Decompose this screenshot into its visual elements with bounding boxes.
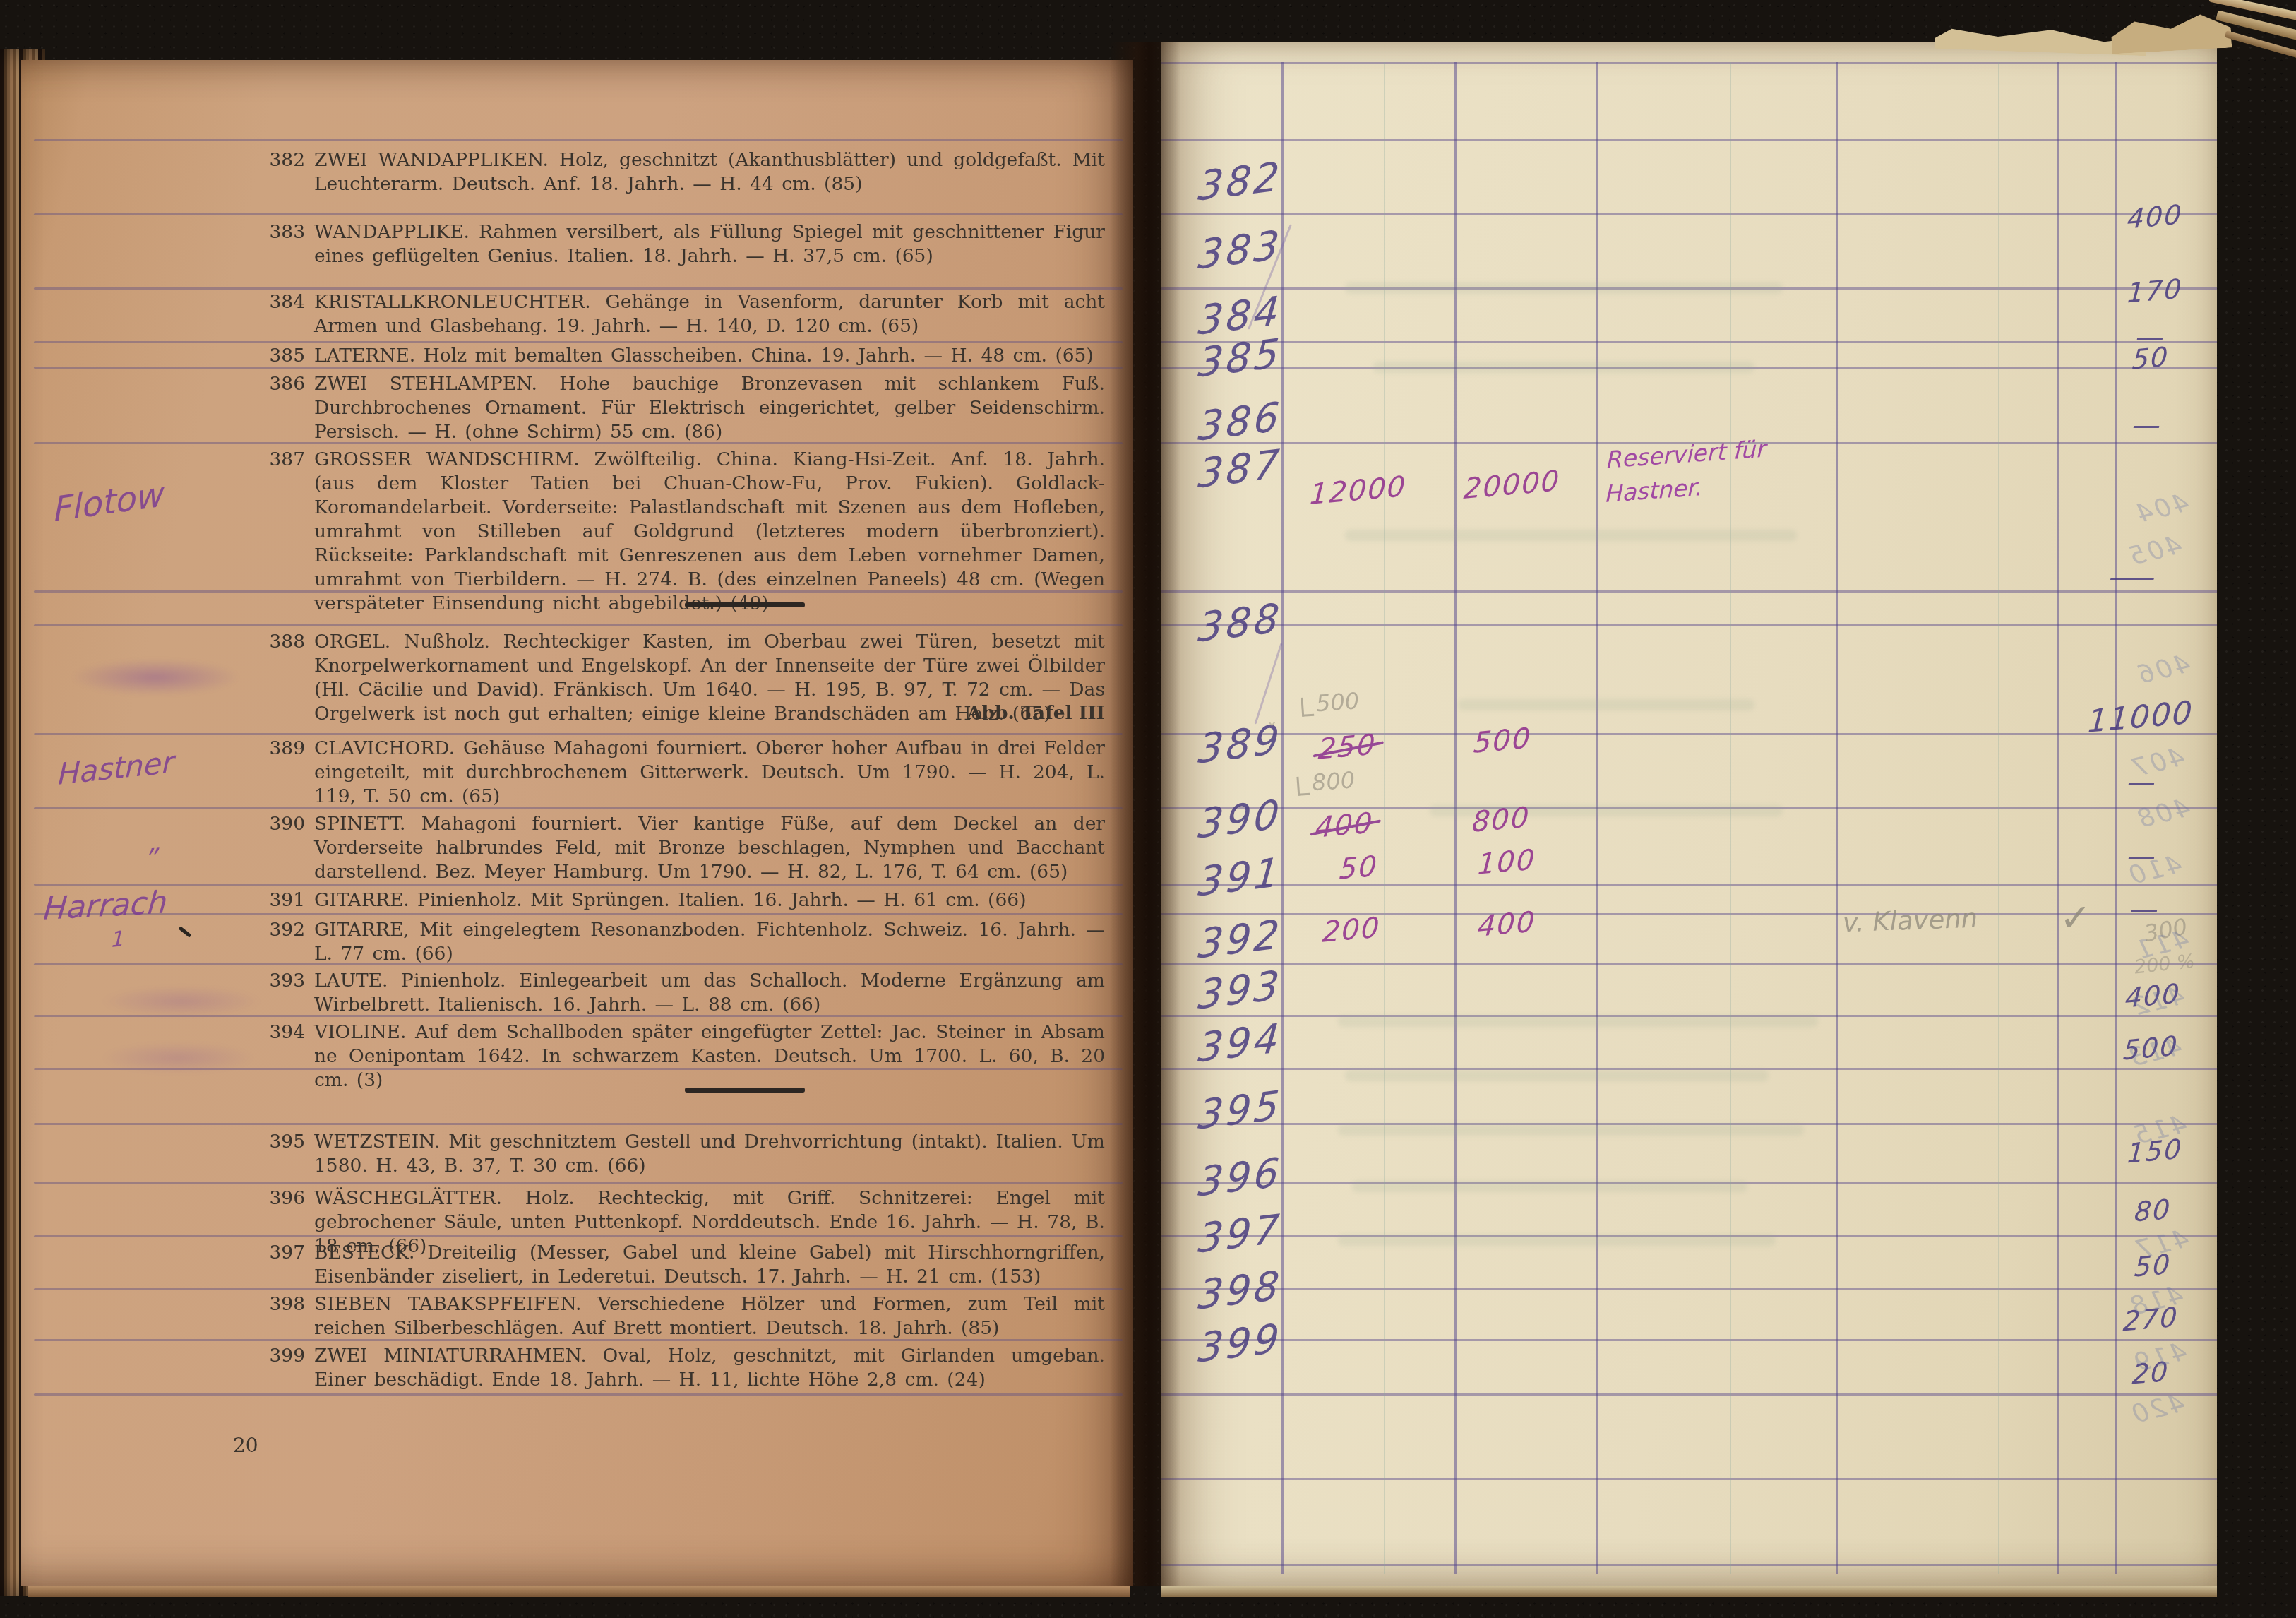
margin-annotation: 1 [111,927,125,953]
lot-number: 385 [254,344,305,368]
lot-entry: 390SPINETT. Mahagoni fourniert. Vier kan… [254,812,1105,884]
ledger-ruled-line [1161,62,2217,64]
lot-entry: 382ZWEI WANDAPPLIKEN. Holz, geschnitzt (… [254,148,1105,196]
ledger-bid-text: 12000 [1309,470,1408,511]
pencil-bid-note: 500 [1301,687,1361,718]
ledger-bid-text: 200 [1322,911,1382,949]
lot-description: ZWEI MINIATURRAHMEN. Oval, Holz, geschni… [314,1344,1105,1392]
pencil-corner-mark [1301,697,1314,717]
ledger-ruled-line [1161,884,2217,886]
lot-entry: 398SIEBEN TABAKSPFEIFEN. Verschiedene Hö… [254,1292,1105,1340]
ledger-bid-value: 100 [1477,843,1537,881]
lot-description: BESTECK. Dreiteilig (Messer, Gabel und k… [314,1241,1105,1289]
lot-entry: 392GITARRE, Mit eingelegtem Resonanzbode… [254,918,1105,966]
ledger-bid-value: 800 [1471,801,1531,839]
ledger-lot-number: 399 [1197,1315,1284,1372]
pencil-buyer-note: v. Klavenn [1842,903,1978,939]
print-bleed-through [1345,282,1783,294]
page-bottom-edge-left [28,1586,1130,1597]
ledger-lot-number: 390 [1197,791,1284,848]
lot-number: 389 [254,737,305,761]
pencil-checkmark: ✓ [2059,896,2091,940]
ledger-column-line [2115,62,2117,1574]
lot-description: LAUTE. Pinienholz. Einlegearbeit um das … [314,969,1105,1017]
ledger-results-page: 382400383170384—38550386—3871200020000Re… [1161,42,2217,1586]
margin-annotation: Flotow [54,475,165,530]
lot-entry: 391GITARRE. Pinienholz. Mit Sprüngen. It… [254,888,1105,912]
lot-entry: 387GROSSER WANDSCHIRM. Zwölfteilig. Chin… [254,448,1105,616]
ledger-lot-number: 382 [1197,153,1284,210]
lot-number: 399 [254,1344,305,1368]
bleed-through-smudge [100,985,263,1018]
lot-description: KRISTALLKRONLEUCHTER. Gehänge in Vasenfo… [314,290,1105,338]
lot-number: 397 [254,1241,305,1265]
ruled-line [34,341,1123,343]
ledger-bid-value: 250 [1317,728,1377,766]
ledger-ruled-line [1161,1339,2217,1341]
lot-description: ZWEI WANDAPPLIKEN. Holz, geschnitzt (Aka… [314,148,1105,196]
print-bleed-through [1373,362,1754,373]
pencil-bid-text: 800 [1311,766,1356,796]
book-gutter-shadow [1110,42,1180,1586]
lot-number: 384 [254,290,305,314]
catalog-text-page: 382ZWEI WANDAPPLIKEN. Holz, geschnitzt (… [21,60,1133,1586]
ruled-line [34,139,1123,141]
ledger-bid-value: 12000 [1309,470,1408,511]
ledger-bid-text: 50 [1338,850,1379,886]
lot-number: 391 [254,888,305,912]
ledger-faint-column-line [1998,62,1999,1574]
ledger-ruled-line [1161,1393,2217,1396]
margin-annotation: Harrach [42,884,169,927]
lot-description: SIEBEN TABAKSPFEIFEN. Verschiedene Hölze… [314,1292,1105,1340]
ledger-ruled-line [1161,624,2217,626]
lot-entry: 384KRISTALLKRONLEUCHTER. Gehänge in Vase… [254,290,1105,338]
pencil-tick [179,926,192,937]
lot-number: 387 [254,448,305,472]
bleed-through-smudge [100,1042,256,1074]
pencil-tick-mark: ˇ [1266,719,1278,747]
page-bottom-edge-right [1161,1586,2217,1597]
lot-entry: 395WETZSTEIN. Mit geschnitztem Gestell u… [254,1130,1105,1178]
print-bleed-through [1345,530,1797,541]
ledger-lot-number: 387 [1197,441,1284,498]
bleed-through-number: 417 [2131,1224,2192,1266]
bleed-through-number: 407 [2127,742,2187,784]
lot-entry: 388ORGEL. Nußholz. Rechteckiger Kasten, … [254,630,1105,726]
auction-catalog-open-book: 382ZWEI WANDAPPLIKEN. Holz, geschnitzt (… [0,0,2296,1618]
bleed-through-number: 404 [2131,488,2192,530]
ledger-bid-value: 400 [1315,807,1375,845]
ledger-ruled-line [1161,913,2217,915]
lot-entry: 383WANDAPPLIKE. Rahmen versilbert, als F… [254,220,1105,268]
ledger-lot-number: 392 [1197,911,1284,968]
lot-number: 395 [254,1130,305,1154]
erased-annotation-smudge [71,659,240,696]
print-bleed-through [1345,1070,1769,1081]
ledger-lot-number: 395 [1197,1082,1284,1139]
lot-description: SPINETT. Mahagoni fourniert. Vier kantig… [314,812,1105,884]
lot-description: CLAVICHORD. Gehäuse Mahagoni fourniert. … [314,737,1105,809]
ruled-line [34,624,1123,626]
lot-number: 392 [254,918,305,942]
ledger-ruled-line [1161,1478,2217,1480]
lot-entry: 385LATERNE. Holz mit bemalten Glasscheib… [254,344,1105,368]
ledger-lot-number: 385 [1197,330,1284,387]
ledger-ruled-line [1161,139,2217,141]
reserved-note: Reserviert für Hastner. [1606,427,1841,511]
ledger-column-line [2057,62,2059,1574]
ledger-final-price: 170 [2127,273,2184,309]
lot-entry: 397BESTECK. Dreiteilig (Messer, Gabel un… [254,1241,1105,1289]
lot-description: GITARRE, Mit eingelegtem Resonanzboden. … [314,918,1105,966]
pencil-corner-mark [1296,776,1310,796]
lot-entry: 393LAUTE. Pinienholz. Einlegearbeit um d… [254,969,1105,1017]
bleed-through-number: 408 [2133,793,2193,835]
ledger-lot-number: 394 [1197,1015,1284,1072]
bleed-through-number: 406 [2133,649,2193,691]
lot-entry: 399ZWEI MINIATURRAHMEN. Oval, Holz, gesc… [254,1344,1105,1392]
ledger-lot-number: 396 [1197,1149,1284,1206]
ledger-bid-value: 400 [1477,905,1537,944]
section-divider [685,1088,805,1093]
ruled-line [34,1182,1123,1184]
ruled-line [34,1123,1123,1125]
ledger-ruled-line [1161,213,2217,215]
page-number: 20 [233,1434,258,1457]
lot-number: 383 [254,220,305,244]
ledger-final-price: 80 [2134,1193,2172,1227]
lot-entry: 386ZWEI STEHLAMPEN. Hohe bauchige Bronze… [254,372,1105,444]
ruled-line [34,733,1123,735]
ledger-lot-number: 393 [1197,962,1284,1019]
lot-number: 394 [254,1021,305,1045]
section-divider [685,602,805,607]
print-bleed-through [1352,1181,1747,1192]
lot-description: LATERNE. Holz mit bemalten Glasscheiben.… [314,344,1105,368]
lot-description: GITARRE. Pinienholz. Mit Sprüngen. Itali… [314,888,1105,912]
bleed-through-number: 419 [2129,1337,2189,1379]
ledger-ruled-line [1161,1564,2217,1566]
lot-description: VIOLINE. Auf dem Schallboden später eing… [314,1021,1105,1093]
ledger-final-price: 50 [2131,340,2170,375]
plate-reference: Abb. Tafel III [967,702,1105,724]
lot-number: 382 [254,148,305,172]
ledger-bid-text: 250 [1317,728,1377,766]
ledger-bid-value: 20000 [1463,465,1562,506]
ledger-ruled-line [1161,590,2217,593]
bleed-through-number: 405 [2124,530,2184,572]
print-bleed-through [1458,699,1754,710]
ledger-ruled-line [1161,341,2217,343]
print-bleed-through [1338,1016,1818,1027]
ledger-final-price: 400 [2127,198,2184,234]
margin-annotation: Hastner [58,744,175,792]
print-bleed-through [1338,1124,1804,1136]
lot-entry: 389CLAVICHORD. Gehäuse Mahagoni fournier… [254,737,1105,809]
print-bleed-through [1338,1235,1776,1246]
margin-annotation: „ [149,828,164,858]
ledger-lot-number: 398 [1197,1262,1284,1319]
lot-entry: 394VIOLINE. Auf dem Schallboden später e… [254,1021,1105,1093]
ledger-ruled-line [1161,1288,2217,1290]
torn-paper-edge [2110,11,2232,54]
lot-description: WANDAPPLIKE. Rahmen versilbert, als Füll… [314,220,1105,268]
ledger-column-line [1836,62,1838,1574]
ledger-bid-value: 200 [1322,911,1382,949]
ruled-line [34,913,1123,915]
ledger-final-price: — [2132,410,2160,442]
ledger-bid-value: 50 [1338,850,1379,886]
ledger-lot-number: 391 [1197,849,1284,906]
lot-number: 388 [254,630,305,654]
lot-number: 390 [254,812,305,836]
ledger-lot-number: 397 [1197,1206,1284,1263]
ruled-line [34,213,1123,215]
ruled-line [34,1393,1123,1396]
ledger-lot-number: 388 [1197,595,1284,652]
pencil-bid-text: 500 [1315,687,1361,717]
lot-number: 396 [254,1186,305,1210]
lot-description: WETZSTEIN. Mit geschnitztem Gestell und … [314,1130,1105,1178]
lot-number: 386 [254,372,305,396]
ledger-bid-value: 500 [1473,722,1533,760]
faint-ink-stroke [1255,643,1283,724]
pencil-bid-note: 800 [1296,766,1356,797]
ledger-bid-text: 400 [1315,807,1375,845]
ledger-ruled-line [1161,963,2217,965]
lot-description: ZWEI STEHLAMPEN. Hohe bauchige Bronzevas… [314,372,1105,444]
lot-number: 398 [254,1292,305,1316]
ruled-line [34,287,1123,290]
lot-description: GROSSER WANDSCHIRM. Zwölfteilig. China. … [314,448,1105,616]
